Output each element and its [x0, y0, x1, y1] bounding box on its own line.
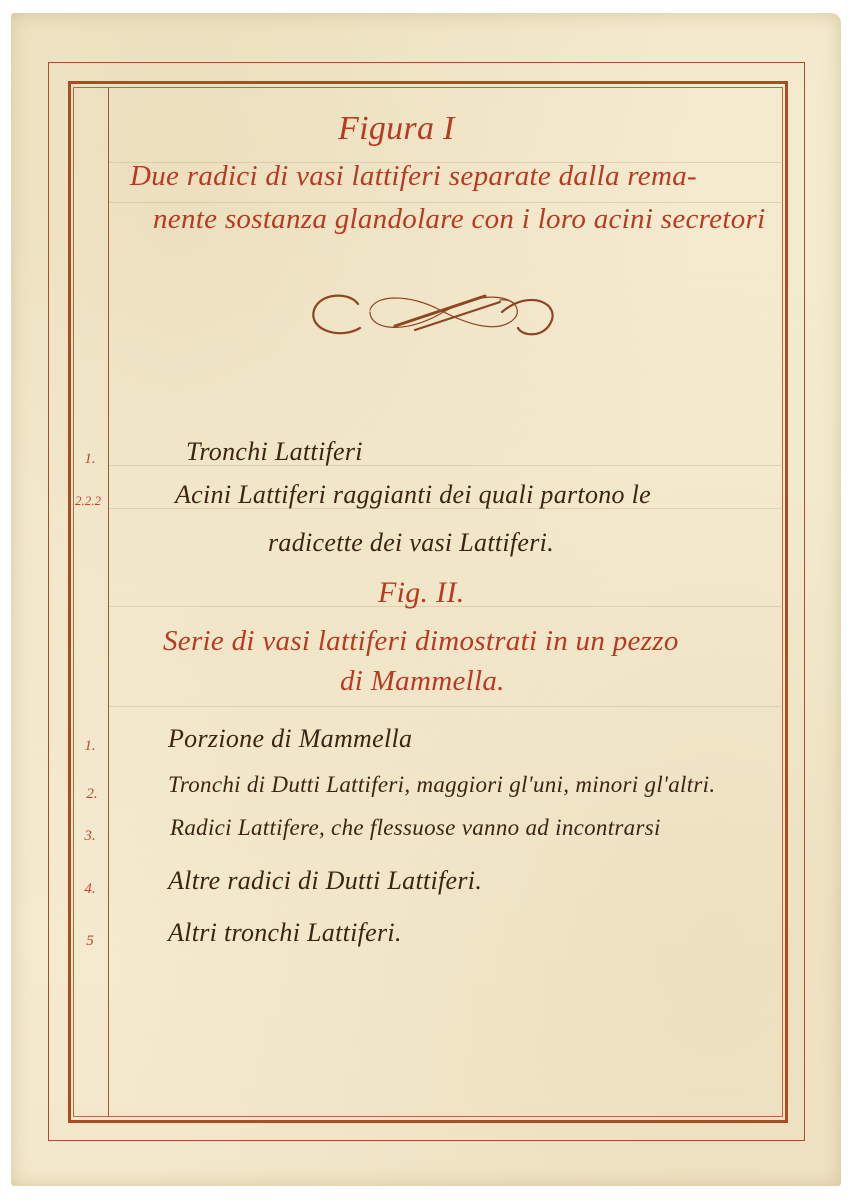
- legend-item-text-continued: radicette dei vasi Lattiferi.: [268, 528, 554, 558]
- margin-rule: [108, 87, 109, 1117]
- legend-number: 4.: [70, 881, 110, 898]
- legend-item-text: Tronchi di Dutti Lattiferi, maggiori gl'…: [168, 772, 715, 798]
- legend-number: 3.: [70, 828, 110, 845]
- calligraphic-flourish-icon: [300, 282, 560, 342]
- legend-number: 1.: [70, 738, 110, 755]
- figure-2-description-line-2: di Mammella.: [340, 665, 505, 698]
- legend-number: 2.: [72, 786, 112, 803]
- figure-1-description-line-1: Due radici di vasi lattiferi separate da…: [130, 160, 697, 193]
- legend-item-text: Tronchi Lattiferi: [186, 437, 363, 467]
- legend-number: 1.: [70, 451, 110, 468]
- figure-1-title: Figura I: [338, 110, 455, 148]
- figure-2-description-line-1: Serie di vasi lattiferi dimostrati in un…: [163, 625, 679, 658]
- ruled-line: [109, 706, 783, 707]
- legend-number: 2.2.2: [68, 493, 108, 509]
- legend-item-text: Porzione di Mammella: [168, 724, 412, 754]
- legend-item-text: Altri tronchi Lattiferi.: [168, 918, 402, 948]
- legend-item-text: Radici Lattifere, che flessuose vanno ad…: [170, 815, 661, 841]
- legend-item-text: Acini Lattiferi raggianti dei quali part…: [175, 480, 651, 510]
- legend-number: 5: [70, 933, 110, 950]
- figure-2-title: Fig. II.: [378, 576, 465, 610]
- legend-item-text: Altre radici di Dutti Lattiferi.: [168, 866, 482, 896]
- figure-1-description-line-2: nente sostanza glandolare con i loro aci…: [153, 203, 765, 236]
